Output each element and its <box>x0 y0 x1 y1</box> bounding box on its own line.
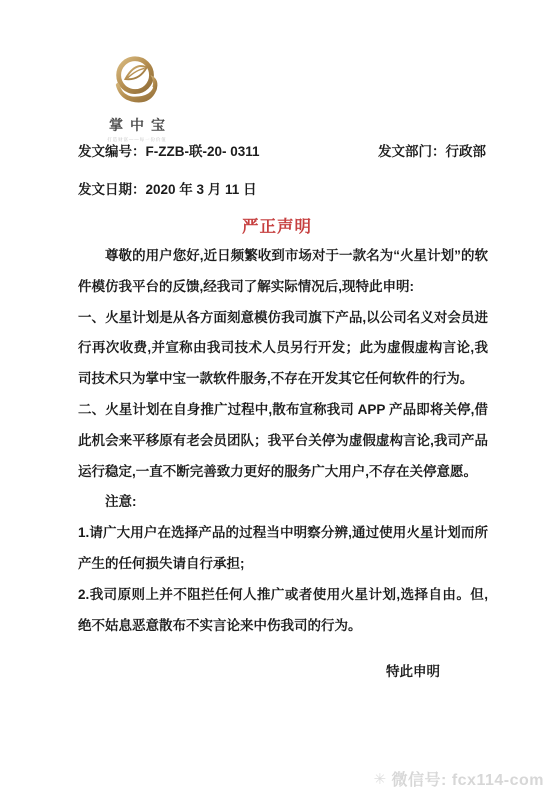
doc-date-label: 发文日期： <box>78 182 146 197</box>
company-logo: 掌中宝 打造财富——每一份价值 <box>75 52 199 143</box>
doc-date: 发文日期：2020 年 3 月 11 日 <box>78 178 486 198</box>
closing-statement: 特此申明 <box>78 660 488 680</box>
statement-body: 尊敬的用户您好,近日频繁收到市场对于一款名为“火星计划”的软件模仿我平台的反馈,… <box>78 241 488 641</box>
wechat-id-text: 微信号: fcx114-com <box>392 767 544 790</box>
doc-date-value: 2020 年 3 月 11 日 <box>146 182 257 197</box>
document-page: 掌中宝 打造财富——每一份价值 发文编号：F-ZZB-联-20- 0311 发文… <box>0 0 554 800</box>
document-metadata: 发文编号：F-ZZB-联-20- 0311 发文部门：行政部 发文日期：2020… <box>78 140 486 198</box>
logo-company-name: 掌中宝 <box>75 115 199 135</box>
doc-number-label: 发文编号： <box>78 144 146 159</box>
sun-burst-icon: ✳ <box>373 770 386 788</box>
doc-department-label: 发文部门： <box>378 144 446 159</box>
doc-department-value: 行政部 <box>446 144 487 159</box>
paragraph-intro: 尊敬的用户您好,近日频繁收到市场对于一款名为“火星计划”的软件模仿我平台的反馈,… <box>78 241 488 303</box>
paragraph-notice-heading: 注意: <box>78 487 488 518</box>
doc-number: 发文编号：F-ZZB-联-20- 0311 <box>78 140 260 160</box>
hand-leaf-logo-icon <box>106 52 168 108</box>
paragraph-notice-item-2: 2.我司原则上并不阻拦任何人推广或者使用火星计划,选择自由。但,绝不姑息恶意散布… <box>78 580 488 642</box>
paragraph-notice-item-1: 1.请广大用户在选择产品的过程当中明察分辨,通过使用火星计划而所产生的任何损失请… <box>78 518 488 580</box>
paragraph-point-1: 一、火星计划是从各方面刻意模仿我司旗下产品,以公司名义对会员进行再次收费,并宣称… <box>78 303 488 395</box>
statement-title: 严正声明 <box>0 213 554 237</box>
doc-department: 发文部门：行政部 <box>378 140 486 160</box>
paragraph-point-2: 二、火星计划在自身推广过程中,散布宣称我司 APP 产品即将关停,借此机会来平移… <box>78 395 488 487</box>
doc-number-value: F-ZZB-联-20- 0311 <box>146 144 260 159</box>
wechat-watermark: ✳ 微信号: fcx114-com <box>373 767 544 790</box>
